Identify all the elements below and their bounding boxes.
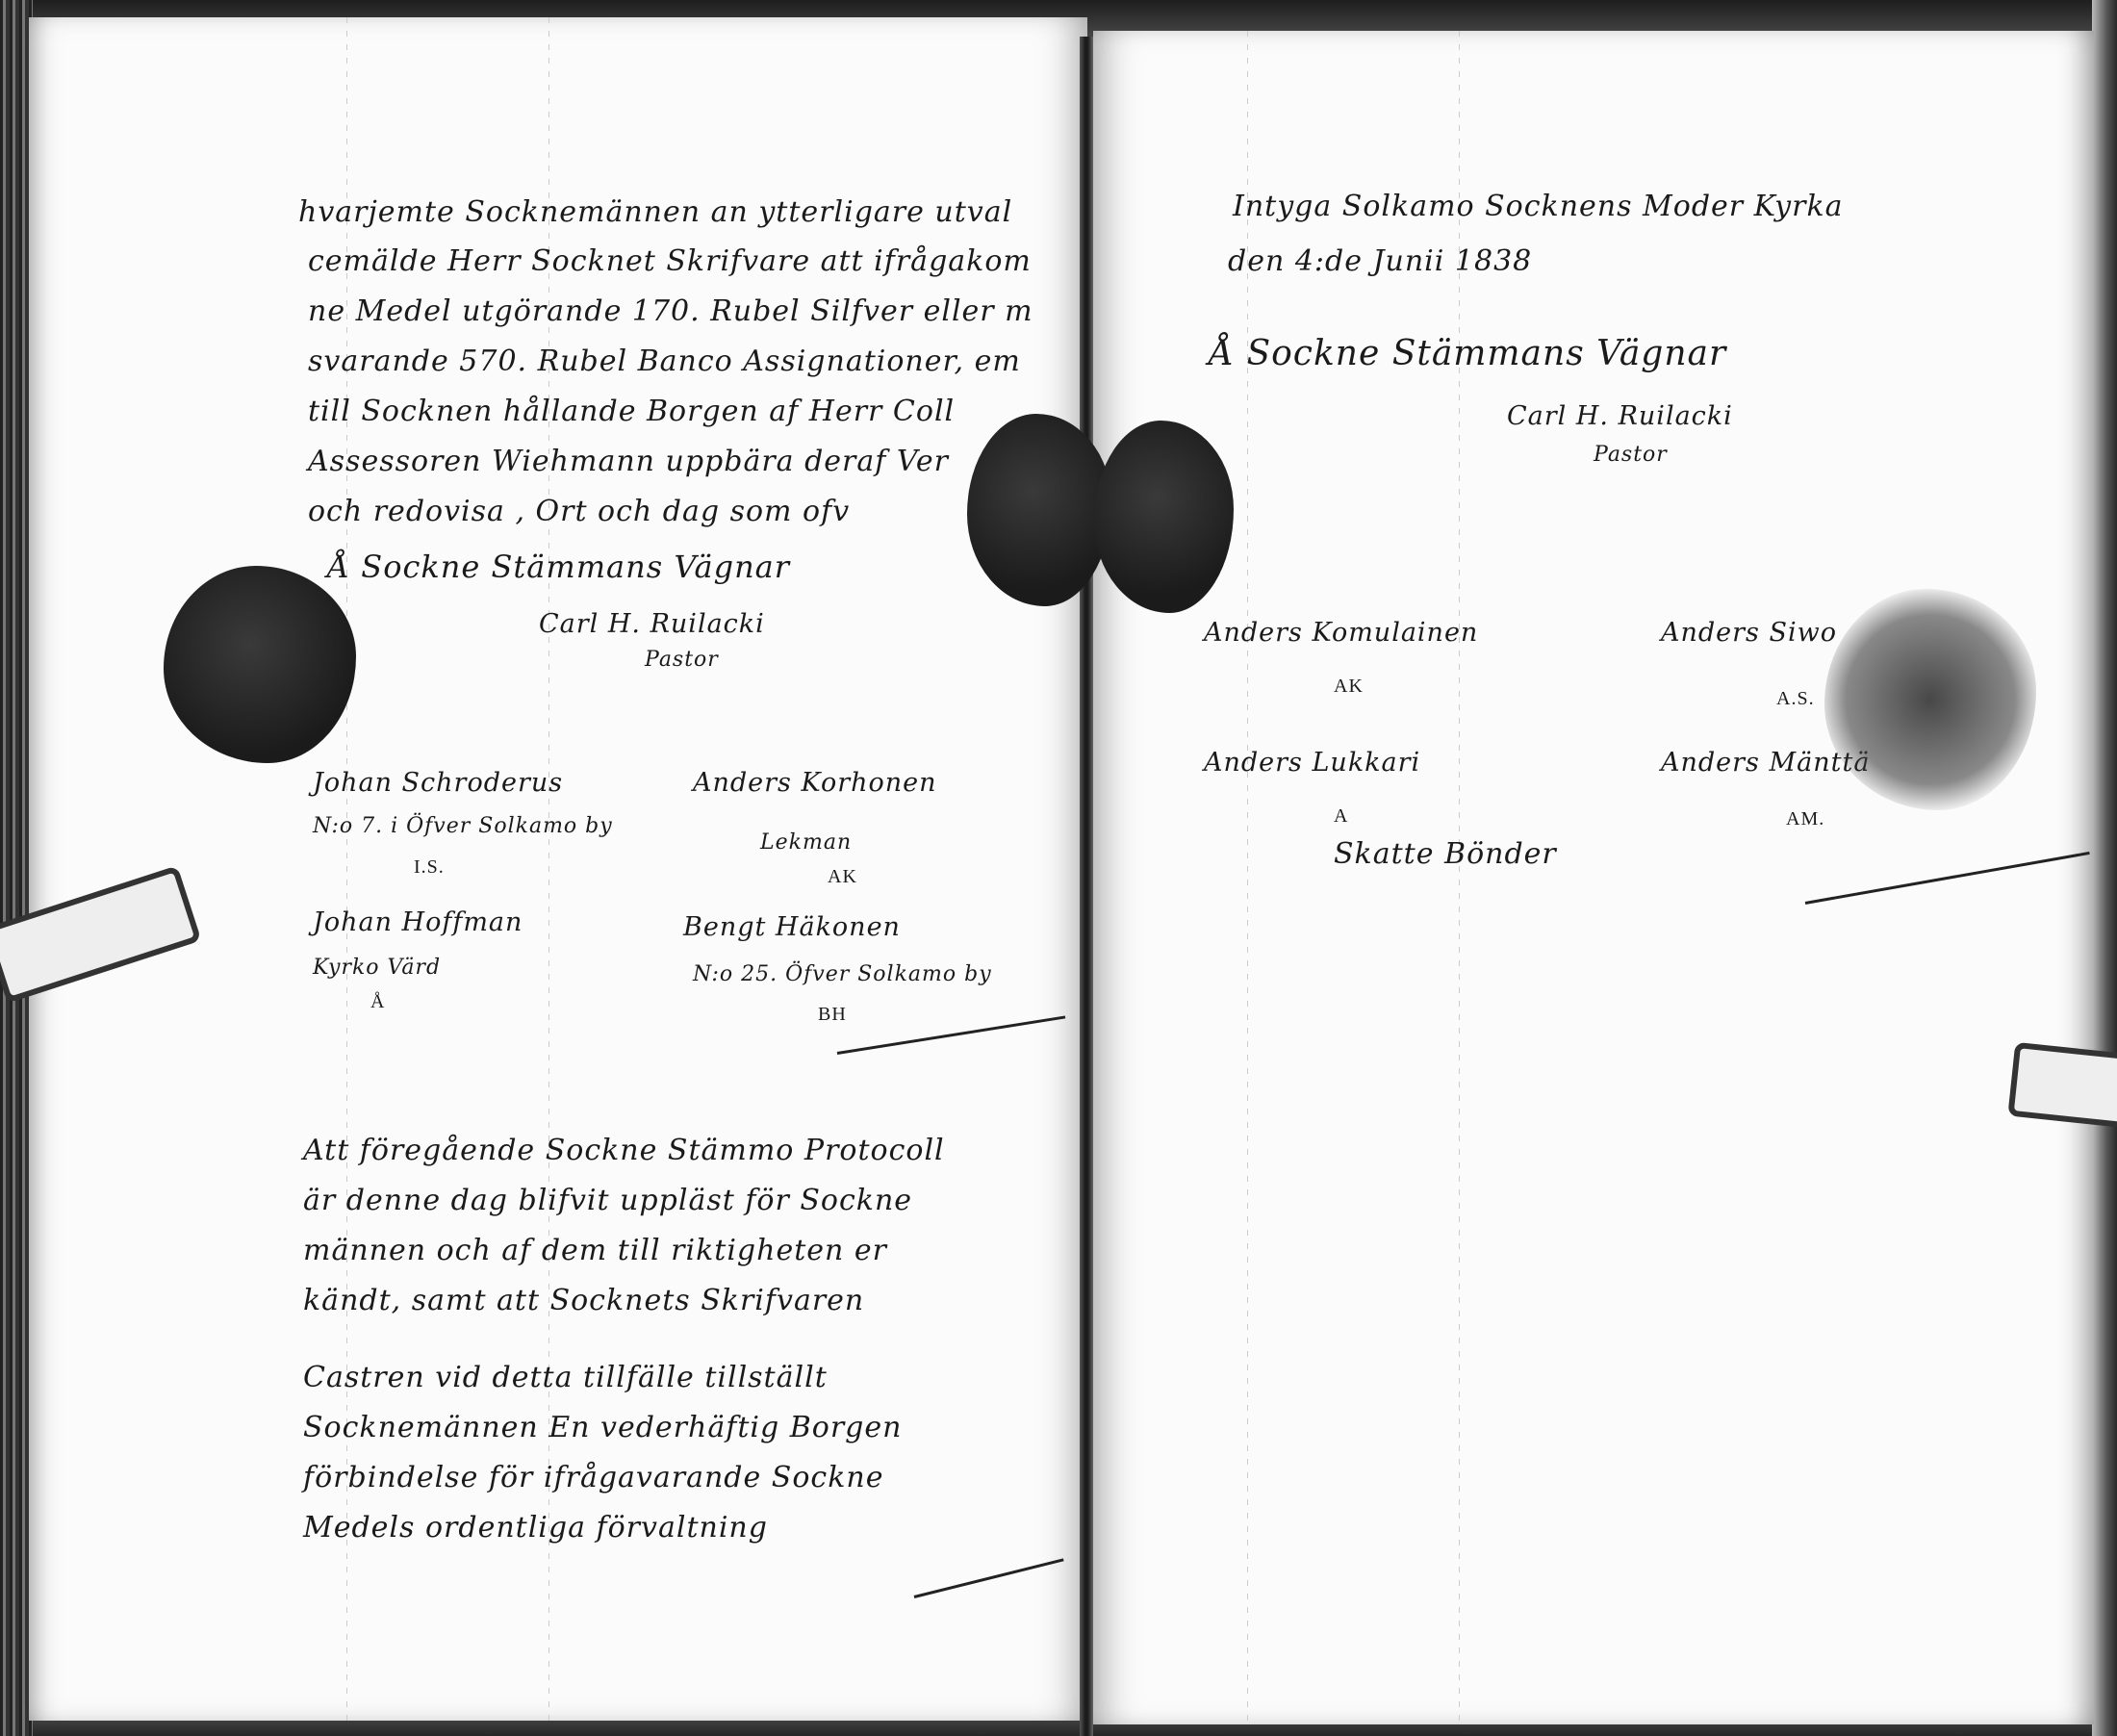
text-line: ne Medel utgörande 170. Rubel Silfver el…	[308, 294, 1033, 328]
pastor-signature-title: Pastor	[1594, 443, 1668, 467]
signatory-name: Johan Hoffman	[313, 907, 523, 937]
binding-clip	[2007, 1042, 2117, 1130]
signatory-name: Anders Komulainen	[1204, 618, 1478, 648]
text-line: Castren vid detta tillfälle tillställt	[303, 1361, 828, 1394]
text-line: Socknemännen En vederhäftig Borgen	[303, 1411, 902, 1444]
signatory-note: Kyrko Värd	[313, 956, 441, 980]
date-line: den 4:de Junii 1838	[1228, 244, 1532, 278]
wax-seal	[164, 566, 356, 763]
left-page: hvarjemte Socknemännen an ytterligare ut…	[29, 17, 1087, 1721]
text-line: till Socknen hållande Borgen af Herr Col…	[308, 395, 955, 428]
text-line: kändt, samt att Socknets Skrifvaren	[303, 1284, 864, 1317]
pastor-signature-name: Carl H. Ruilacki	[1507, 401, 1733, 431]
text-line: Att föregående Sockne Stämmo Protocoll	[303, 1134, 945, 1167]
fold-line	[1459, 31, 1460, 1724]
signatory-name: Anders Siwo	[1661, 618, 1837, 648]
text-line: Medels ordentliga förvaltning	[303, 1511, 768, 1545]
header-line: Intyga Solkamo Socknens Moder Kyrka	[1233, 190, 1844, 223]
text-line: cemälde Herr Socknet Skrifvare att ifråg…	[308, 244, 1032, 278]
text-line: svarande 570. Rubel Banco Assignationer,…	[308, 345, 1021, 378]
signatory-mark: AK	[828, 866, 857, 888]
faded-stamp	[1824, 589, 2036, 810]
signatory-mark: Å	[370, 991, 385, 1013]
closing-formula: Å Sockne Stämmans Vägnar	[1209, 334, 1726, 373]
signatory-mark: A	[1334, 805, 1348, 828]
signatory-name: Anders Korhonen	[693, 768, 937, 798]
right-book-edge	[2092, 0, 2117, 1736]
signatory-note: Lekman	[760, 830, 852, 855]
text-line: och redovisa , Ort och dag som ofv	[308, 495, 850, 528]
signatory-mark: A.S.	[1776, 688, 1815, 710]
pen-flourish	[1805, 852, 2090, 905]
text-line: männen och af dem till riktigheten er	[303, 1234, 887, 1267]
text-line: hvarjemte Socknemännen an ytterligare ut…	[298, 195, 1012, 229]
footer-note: Skatte Bönder	[1334, 837, 1557, 871]
text-line: förbindelse för ifrågavarande Sockne	[303, 1461, 883, 1494]
signatory-note: N:o 25. Öfver Solkamo by	[693, 962, 992, 986]
fold-line	[1247, 31, 1248, 1724]
right-page: Intyga Solkamo Socknens Moder Kyrka den …	[1093, 31, 2094, 1724]
pen-flourish	[914, 1558, 1064, 1598]
text-line: är denne dag blifvit uppläst för Sockne	[303, 1184, 912, 1217]
signatory-name: Johan Schroderus	[313, 768, 563, 798]
text-line: Assessoren Wiehmann uppbära deraf Ver	[308, 445, 949, 478]
wax-seal-spine-left	[967, 414, 1111, 606]
pastor-signature-title: Pastor	[645, 648, 719, 672]
signatory-mark: AM.	[1786, 808, 1824, 830]
pen-flourish	[837, 1015, 1066, 1055]
pastor-signature-name: Carl H. Ruilacki	[539, 609, 765, 639]
signatory-name: Bengt Häkonen	[683, 912, 901, 942]
signatory-mark: BH	[818, 1004, 847, 1026]
signatory-mark: AK	[1334, 676, 1364, 698]
closing-formula: Å Sockne Stämmans Vägnar	[327, 549, 790, 585]
wax-seal-spine-right	[1094, 421, 1234, 613]
signatory-name: Anders Lukkari	[1204, 748, 1420, 778]
left-book-edge	[0, 0, 33, 1736]
signatory-note: N:o 7. i Öfver Solkamo by	[313, 814, 613, 838]
book-spine	[1080, 37, 1093, 1736]
signatory-mark: I.S.	[414, 856, 445, 879]
